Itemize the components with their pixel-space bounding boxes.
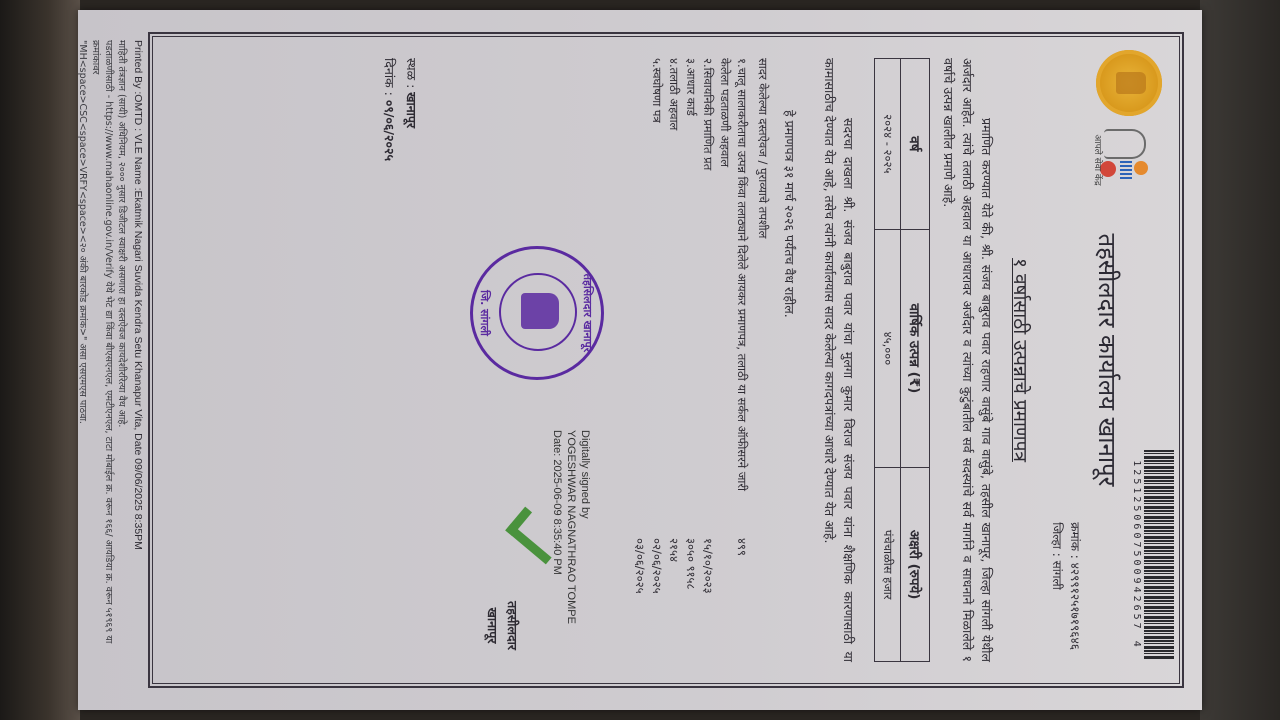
document-name: २.सिवायनिकी प्रमाणित प्रत <box>699 58 716 518</box>
income-table: वर्ष वार्षिक उत्पन्न (₹) अक्षरी (रुपये) … <box>874 58 930 662</box>
tahsildar-seal-stamp: तहसिलदार खानापूर जि. सांगली <box>470 246 604 380</box>
seal-bottom-text: जि. सांगली <box>477 249 492 377</box>
barcode <box>1144 450 1174 660</box>
reference-number-value: ४२९९१२५१७१९६४६ <box>1068 563 1082 650</box>
office-title: तहसीलदार कार्यालय खानापूर <box>1091 10 1124 710</box>
documents-heading: सादर केलेल्या दस्तऐवज / पुराव्याचे तपशील <box>755 58 770 238</box>
document-value: २१५४ <box>665 518 682 658</box>
list-item: ३.आधार कार्ड ३०५० ९१५८ <box>682 58 699 658</box>
header-in-words: अक्षरी (रुपये) <box>901 468 930 662</box>
reference-number-label: क्रमांक <box>1068 522 1082 551</box>
place-value: खानापूर <box>404 92 419 128</box>
document-name: ४.तलाठी अहवाल <box>665 58 682 518</box>
signature-line-1: Digitally signed by <box>578 430 592 624</box>
district-value: सांगली <box>1050 561 1064 590</box>
cell-year: २०२४ - २०२५ <box>875 59 901 230</box>
header-year: वर्ष <box>901 59 930 230</box>
certification-paragraph: प्रमाणित करण्यात येते की, श्री. संजय बाब… <box>939 58 996 662</box>
documents-list: १.चालू सालाकरीताचा उत्पन्न किंवा तलाठ्या… <box>631 58 750 658</box>
income-certificate-page: आपले सेवा केंद्र 1251250607500942657 4 त… <box>78 10 1202 710</box>
logo-dot-orange <box>1134 161 1148 175</box>
document-value: ०३/०६/२०२५ <box>631 518 648 658</box>
footer-legal-note: माहिती तंत्रज्ञान (सायी) अधिनियम, २००० न… <box>115 40 128 680</box>
cell-in-words: पंचेचाळीस हजार <box>875 468 901 662</box>
reference-block: क्रमांक : ४२९९१२५१७१९६४६ जिल्हा : सांगली <box>1048 522 1084 650</box>
document-value: ४९९ <box>716 518 750 658</box>
header-annual-income: वार्षिक उत्पन्न (₹) <box>901 229 930 468</box>
cell-annual-income: ४५,००० <box>875 229 901 468</box>
certificate-title: १ वर्षासाठी उत्पन्नाचे प्रमाणपत्र <box>1008 10 1034 710</box>
list-item: ४.तलाठी अहवाल २१५४ <box>665 58 682 658</box>
table-row: २०२४ - २०२५ ४५,००० पंचेचाळीस हजार <box>875 59 901 662</box>
document-name: ३.आधार कार्ड <box>682 58 699 518</box>
place-label: स्थळ <box>404 58 419 80</box>
place-date-block: स्थळ : खानापूर दिनांक : ०९/०६/२०२५ <box>378 58 422 161</box>
purpose-paragraph: सदरचा दाखला श्री. संजय बाबुराव पवार यांच… <box>820 58 858 662</box>
document-value: ०२/०६/२०२५ <box>648 518 665 658</box>
officer-designation: तहसीलदार <box>502 601 522 650</box>
document-value: ३०५० ९१५८ <box>682 518 699 658</box>
document-name <box>631 58 648 518</box>
reference-district: जिल्हा : सांगली <box>1048 522 1066 650</box>
list-item: ५.स्वघोषणा पत्र ०२/०६/२०२५ <box>648 58 665 658</box>
footer-verify-instructions: पडताळणीसाठी - https://www.mahaonline.gov… <box>89 40 115 680</box>
date-value: ०९/०६/२०२५ <box>382 100 397 161</box>
seal-top-text: तहसिलदार खानापूर <box>580 249 595 377</box>
footer-sms-format: "MH<space>CSC<space>VRFY<space><२० अंकी … <box>76 40 89 680</box>
barcode-number: 1251250607500942657 4 <box>1131 450 1142 660</box>
printed-by-line: Printed By :OMTD : VLE Name :Ekatmik Nag… <box>132 40 144 680</box>
place-row: स्थळ : खानापूर <box>400 58 422 161</box>
background-left <box>0 0 80 720</box>
income-table-header: वर्ष वार्षिक उत्पन्न (₹) अक्षरी (रुपये) <box>901 59 930 662</box>
officer-place: खानापूर <box>482 601 502 650</box>
date-row: दिनांक : ०९/०६/२०२५ <box>378 58 400 161</box>
signature-date: Date: 2025-06-09 8:35:40 PM <box>550 430 564 624</box>
document-value: १५/१०/२०२३ <box>699 518 716 658</box>
signature-signer: YOGESHWAR NAGNATHRAO TOMPE <box>564 430 578 624</box>
list-item: १.चालू सालाकरीताचा उत्पन्न किंवा तलाठ्या… <box>716 58 750 658</box>
document-name: ५.स्वघोषणा पत्र <box>648 58 665 518</box>
document-name: १.चालू सालाकरीताचा उत्पन्न किंवा तलाठ्या… <box>716 58 750 518</box>
validity-statement: हे प्रमाणपत्र ३१ मार्च २०२६ पर्यंतच वैध … <box>781 110 798 318</box>
date-label: दिनांक <box>382 58 397 88</box>
background-right <box>1200 0 1280 720</box>
list-item: ०३/०६/२०२५ <box>631 58 648 658</box>
reference-number: क्रमांक : ४२९९१२५१७१९६४६ <box>1066 522 1084 650</box>
verification-footer: माहिती तंत्रज्ञान (सायी) अधिनियम, २००० न… <box>76 40 128 680</box>
district-label: जिल्हा <box>1050 522 1064 549</box>
officer-block: तहसीलदार खानापूर <box>482 601 522 650</box>
digital-signature: Digitally signed by YOGESHWAR NAGNATHRAO… <box>550 430 592 624</box>
ashoka-emblem-icon <box>521 293 559 329</box>
list-item: २.सिवायनिकी प्रमाणित प्रत १५/१०/२०२३ <box>699 58 716 658</box>
